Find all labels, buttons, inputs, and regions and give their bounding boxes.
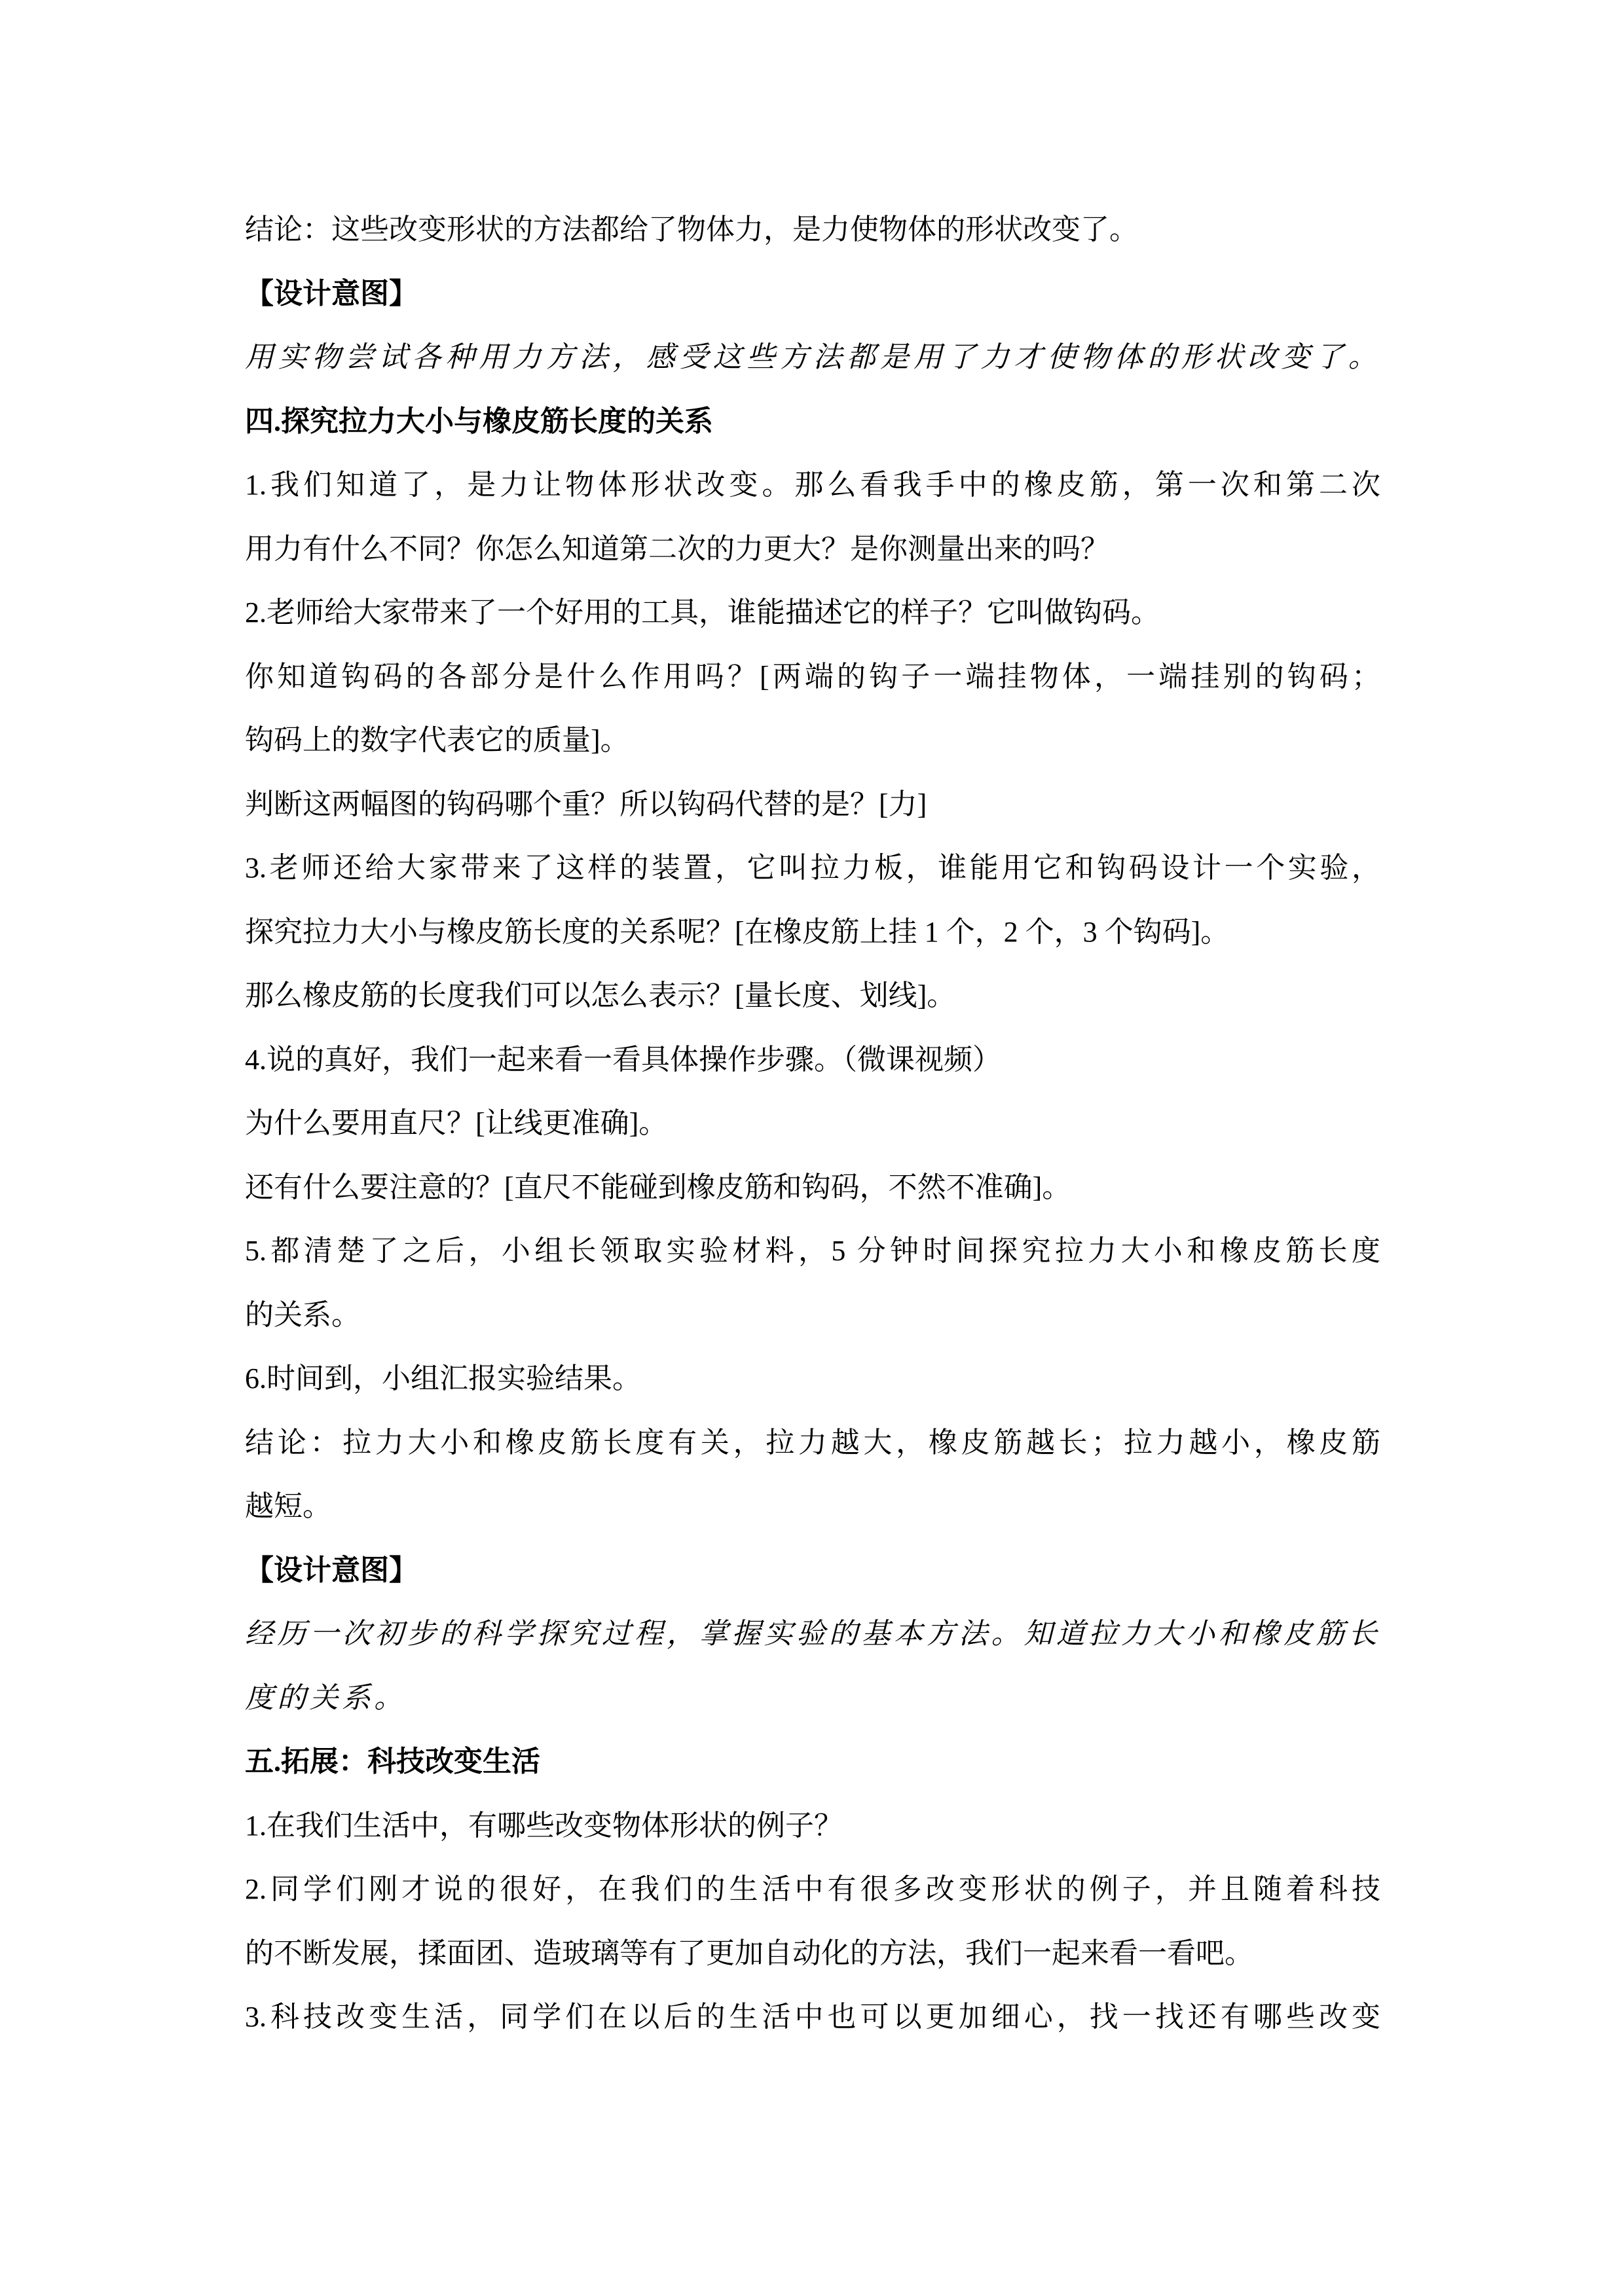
extension-step2-line1: 2.同学们刚才说的很好，在我们的生活中有很多改变形状的例子，并且随着科技 [245,1857,1380,1922]
design-intent-text-2-line2: 度的关系。 [245,1666,1380,1730]
design-intent-text-1: 用实物尝试各种用力方法，感受这些方法都是用了力才使物体的形状改变了。 [245,325,1380,390]
conclusion-shape-line: 结论：这些改变形状的方法都给了物体力，是力使物体的形状改变了。 [245,198,1380,262]
design-intent-label-1: 【设计意图】 [245,262,1380,326]
extension-step3-line1: 3.科技改变生活，同学们在以后的生活中也可以更加细心，找一找还有哪些改变 [245,1985,1380,2049]
step2-line1: 2.老师给大家带来了一个好用的工具，谁能描述它的样子？它叫做钩码。 [245,581,1380,645]
step1-line2: 用力有什么不同？你怎么知道第二次的力更大？是你测量出来的吗？ [245,517,1380,581]
step4-ruler-question: 为什么要用直尺？[让线更准确]。 [245,1091,1380,1156]
document-text-block: 结论：这些改变形状的方法都给了物体力，是力使物体的形状改变了。 【设计意图】 用… [245,198,1380,2049]
step5-line2: 的关系。 [245,1283,1380,1347]
extension-step1-line: 1.在我们生活中，有哪些改变物体形状的例子？ [245,1794,1380,1858]
conclusion-pull-line2: 越短。 [245,1474,1380,1539]
section-5-heading: 五.拓展：科技改变生活 [245,1730,1380,1794]
step4-line1: 4.说的真好，我们一起来看一看具体操作步骤。（微课视频） [245,1028,1380,1092]
step2-question-line: 判断这两幅图的钩码哪个重？所以钩码代替的是？[力] [245,773,1380,837]
step1-line1: 1.我们知道了，是力让物体形状改变。那么看我手中的橡皮筋，第一次和第二次 [245,453,1380,517]
step2-line2: 你知道钩码的各部分是什么作用吗？[两端的钩子一端挂物体，一端挂别的钩码； [245,645,1380,709]
step3-line3: 那么橡皮筋的长度我们可以怎么表示？[量长度、划线]。 [245,964,1380,1028]
document-page: 结论：这些改变形状的方法都给了物体力，是力使物体的形状改变了。 【设计意图】 用… [0,0,1624,2296]
step6-line: 6.时间到，小组汇报实验结果。 [245,1347,1380,1411]
conclusion-pull-line1: 结论：拉力大小和橡皮筋长度有关，拉力越大，橡皮筋越长；拉力越小，橡皮筋 [245,1411,1380,1475]
step4-caution-line: 还有什么要注意的？[直尺不能碰到橡皮筋和钩码，不然不准确]。 [245,1156,1380,1220]
step3-line2: 探究拉力大小与橡皮筋长度的关系呢？[在橡皮筋上挂 1 个，2 个，3 个钩码]。 [245,900,1380,964]
step3-line1: 3.老师还给大家带来了这样的装置，它叫拉力板，谁能用它和钩码设计一个实验， [245,836,1380,900]
step2-line3: 钩码上的数字代表它的质量]。 [245,708,1380,773]
step5-line1: 5.都清楚了之后，小组长领取实验材料，5 分钟时间探究拉力大小和橡皮筋长度 [245,1219,1380,1283]
design-intent-text-2-line1: 经历一次初步的科学探究过程，掌握实验的基本方法。知道拉力大小和橡皮筋长 [245,1602,1380,1666]
section-4-heading: 四.探究拉力大小与橡皮筋长度的关系 [245,390,1380,454]
design-intent-label-2: 【设计意图】 [245,1539,1380,1603]
extension-step2-line2: 的不断发展，揉面团、造玻璃等有了更加自动化的方法，我们一起来看一看吧。 [245,1922,1380,1986]
